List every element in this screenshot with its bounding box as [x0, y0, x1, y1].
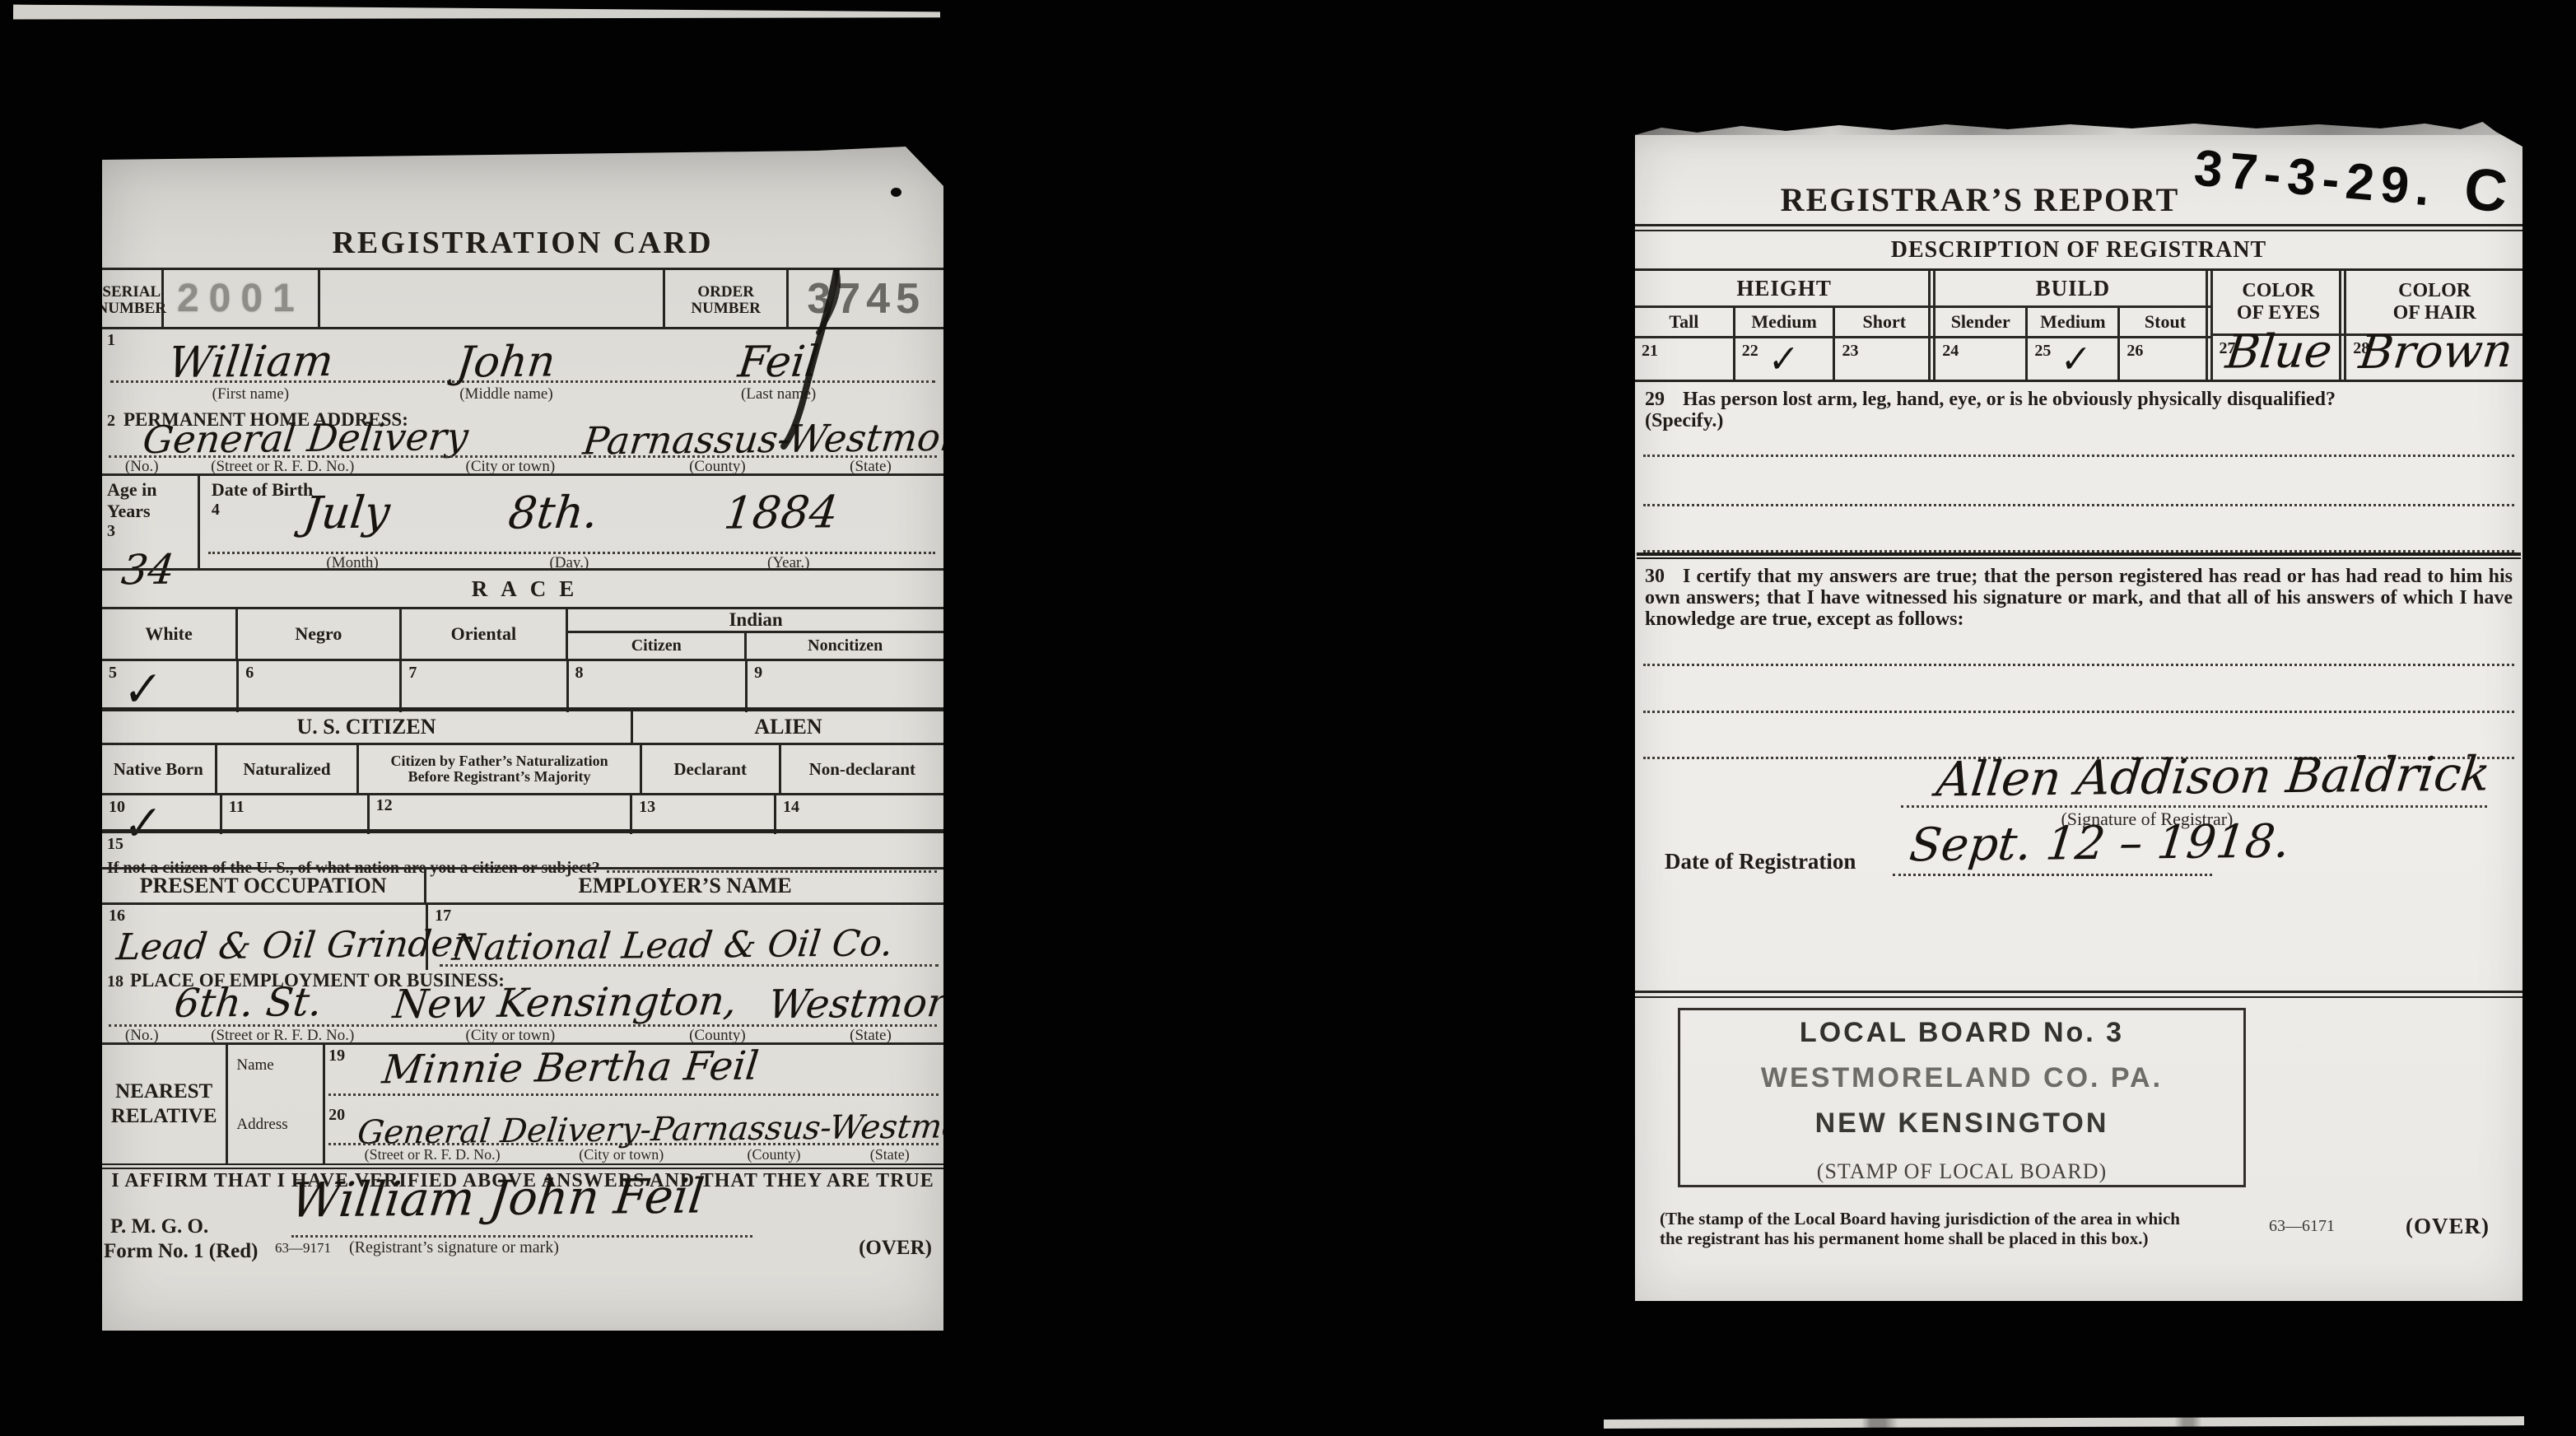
- age-label: Age in Years: [107, 479, 198, 522]
- hair-column: COLOR OF HAIR 28 Brown: [2344, 271, 2522, 380]
- eyes-column: COLOR OF EYES 27 Blue: [2210, 271, 2345, 380]
- build-header: BUILD: [1935, 271, 2210, 305]
- form-code: 63—6171: [2269, 1217, 2335, 1236]
- occupation-value: Lead & Oil Grinder: [114, 926, 472, 966]
- blank-area: [1635, 885, 2522, 991]
- report-title: REGISTRAR’S REPORT: [1781, 180, 2180, 219]
- build-slender-label: Slender: [1935, 308, 2028, 336]
- relative-name-label: Name: [228, 1045, 323, 1104]
- nearest-relative-block-label: NEAREST RELATIVE: [102, 1045, 228, 1163]
- check-mark-icon: ✓: [1767, 337, 1800, 383]
- occupation-values: 16 Lead & Oil Grinder 17 National Lead &…: [102, 902, 943, 970]
- question-number: 30: [1645, 566, 1665, 587]
- question-number: 29: [1645, 389, 1665, 410]
- registrant-signature-label: (Registrant’s signature or mark): [349, 1238, 559, 1257]
- local-board-note: (The stamp of the Local Board having jur…: [1660, 1209, 2187, 1248]
- serial-row-empty-box: [320, 270, 665, 327]
- height-header: HEIGHT: [1635, 271, 1933, 305]
- scanned-draft-registration-document: REGISTRATION CARD SERIAL NUMBER 2001 ORD…: [0, 0, 2576, 1436]
- citizen-col-declarant: Declarant: [642, 745, 781, 793]
- first-name-label: (First name): [110, 385, 391, 403]
- certification-text: I certify that my answers are true; that…: [1645, 566, 2513, 630]
- question-29: 29Has person lost arm, leg, hand, eye, o…: [1635, 380, 2522, 426]
- line-15-question: 15 If not a citizen of the U. S., of wha…: [102, 829, 943, 867]
- height-cell-23: 23: [1835, 338, 1933, 380]
- first-name-value: William: [166, 340, 335, 385]
- height-medium-label: Medium: [1735, 308, 1836, 336]
- line-number: 18: [107, 972, 123, 991]
- pen-stroke-icon: [777, 268, 876, 450]
- citizen-cell-11: 11: [222, 795, 370, 834]
- race-col-oriental: Oriental: [402, 609, 569, 659]
- height-group: HEIGHT Tall Medium Short 21 22✓ 23: [1635, 271, 1933, 380]
- race-cell-7: 7: [402, 661, 568, 712]
- age-dob-row: Age in Years 3 34 Date of Birth 4 July 8…: [102, 473, 943, 568]
- citizen-table: Native Born Naturalized Citizen by Fathe…: [102, 743, 943, 829]
- hair-color-value: Brown: [2357, 329, 2515, 376]
- local-board-box-area: LOCAL BOARD No. 3 WESTMORELAND CO. PA. N…: [1635, 1008, 2522, 1205]
- race-col-white: White: [102, 609, 238, 659]
- answer-ruled-line: [1643, 666, 2514, 713]
- relative-county-label: (County): [706, 1146, 841, 1163]
- build-stout-label: Stout: [2120, 308, 2210, 336]
- local-board-stamp-line1: LOCAL BOARD No. 3: [1800, 1017, 2124, 1049]
- dob-month-value: July: [301, 490, 392, 535]
- race-indian-label: Indian: [568, 609, 943, 631]
- signature-ruled-line: [291, 1235, 752, 1238]
- registration-card-front: REGISTRATION CARD SERIAL NUMBER 2001 ORD…: [102, 147, 943, 1331]
- race-header-text: RACE: [459, 576, 588, 602]
- citizen-col-father-naturalization: Citizen by Father’s Naturalization Befor…: [359, 745, 641, 793]
- occupation-cell-16: 16 Lead & Oil Grinder: [102, 905, 428, 970]
- relative-name-value: Minnie Bertha Feil: [380, 1047, 761, 1090]
- relative-name-row: 19 Minnie Bertha Feil: [325, 1045, 943, 1104]
- citizen-col-native-born: Native Born: [102, 745, 217, 793]
- over-label: (OVER): [859, 1237, 932, 1260]
- question-30: 30I certify that my answers are true; th…: [1635, 559, 2522, 627]
- age-cell: Age in Years 3 34: [102, 476, 200, 568]
- serial-number-label: SERIAL NUMBER: [102, 270, 164, 327]
- over-label: (OVER): [2406, 1214, 2490, 1239]
- signature-section: P. M. G. O. Form No. 1 (Red) 63—9171 Wil…: [102, 1192, 943, 1335]
- double-rule: [1635, 224, 2522, 231]
- employer-ruled-line: [440, 964, 939, 967]
- serial-number-value: 2001: [164, 270, 321, 327]
- local-board-stamp-line2: WESTMORELAND CO. PA.: [1761, 1062, 2163, 1094]
- relative-address-label: Address: [228, 1104, 323, 1163]
- employment-county-state-value: Westmoreland-Pa.: [766, 981, 1133, 1025]
- stamp-letter: C: [2462, 156, 2510, 225]
- height-cell-22: 22✓: [1735, 338, 1836, 380]
- answer-ruled-line: [1643, 627, 2514, 666]
- check-mark-icon: ✓: [2060, 337, 2093, 383]
- dob-day-value: 8th.: [506, 490, 600, 535]
- eye-color-value: Blue: [2223, 329, 2334, 375]
- order-number-label: ORDER NUMBER: [665, 270, 789, 327]
- local-board-stamp-line3: NEW KENSINGTON: [1815, 1107, 2109, 1140]
- relative-address-row: 20 General Delivery-Parnassus-Westmorela…: [325, 1104, 943, 1163]
- employer-cell-17: 17 National Lead & Oil Co.: [428, 905, 943, 970]
- relative-street-label: (Street or R. F. D. No.): [328, 1146, 536, 1163]
- dob-cell: Date of Birth 4 July 8th. 1884 (Month) (…: [200, 476, 943, 568]
- line-number: 1: [107, 331, 115, 350]
- race-cell-8: 8: [569, 661, 748, 712]
- answer-ruled-line: [1643, 426, 2514, 457]
- back-footer: (The stamp of the Local Board having jur…: [1635, 1205, 2522, 1245]
- race-indian-noncitizen-label: Noncitizen: [747, 633, 943, 659]
- race-col-indian-group: Indian Citizen Noncitizen: [568, 609, 943, 659]
- race-indian-citizen-label: Citizen: [568, 633, 747, 659]
- date-of-registration-row: Date of Registration Sept. 12 – 1918.: [1635, 831, 2522, 885]
- scan-edge-strip-top: [13, 5, 940, 24]
- citizen-alien-header: U. S. CITIZEN ALIEN: [102, 707, 943, 743]
- employer-value: National Lead & Oil Co.: [450, 925, 895, 967]
- present-occupation-header: PRESENT OCCUPATION: [102, 870, 426, 902]
- middle-name-label: (Middle name): [391, 385, 622, 403]
- build-medium-label: Medium: [2028, 308, 2120, 336]
- registrar-signature-ruled-line: [1901, 805, 2487, 808]
- registration-date-value: Sept. 12 – 1918.: [1908, 819, 2292, 870]
- us-citizen-header: U. S. CITIZEN: [102, 711, 633, 743]
- occupation-headers: PRESENT OCCUPATION EMPLOYER’S NAME: [102, 867, 943, 902]
- line-number: 15: [107, 835, 937, 854]
- date-of-registration-label: Date of Registration: [1665, 849, 1856, 874]
- citizen-col-non-declarant: Non-declarant: [781, 745, 943, 793]
- build-cell-24: 24: [1935, 338, 2028, 380]
- middle-name-value: John: [454, 340, 557, 384]
- build-cell-25: 25✓: [2028, 338, 2120, 380]
- form-number-label: Form No. 1 (Red): [104, 1240, 258, 1263]
- registrars-report-back: 37-3-29.C REGISTRAR’S REPORT DESCRIPTION…: [1635, 122, 2522, 1301]
- heavy-rule: [1637, 552, 2521, 559]
- race-col-negro: Negro: [238, 609, 402, 659]
- employment-street-value: 6th. St.: [173, 982, 324, 1023]
- citizen-cell-14: 14: [776, 795, 943, 834]
- height-cell-21: 21: [1635, 338, 1735, 380]
- relative-address-ruled-line: [328, 1143, 939, 1145]
- pmgo-label: P. M. G. O.: [110, 1215, 208, 1238]
- registrar-signature-value: Allen Addison Baldrick: [1934, 749, 2492, 803]
- race-cell-9: 9: [748, 661, 943, 712]
- address-street-value: General Delivery: [141, 417, 470, 459]
- hair-cell-28: 28 Brown: [2346, 333, 2522, 380]
- description-table: HEIGHT Tall Medium Short 21 22✓ 23 BUILD…: [1635, 271, 2522, 380]
- race-table: White Negro Oriental Indian Citizen Nonc…: [102, 607, 943, 707]
- height-tall-label: Tall: [1635, 308, 1735, 336]
- alien-header: ALIEN: [633, 711, 943, 743]
- answer-ruled-line: [1643, 457, 2514, 506]
- double-rule: [1635, 991, 2522, 998]
- form-code: 63—9171: [275, 1240, 331, 1256]
- question-29-text: Has person lost arm, leg, hand, eye, or …: [1683, 389, 2336, 410]
- relative-city-label: (City or town): [536, 1146, 706, 1163]
- front-title-block: REGISTRATION CARD: [102, 147, 943, 268]
- card-title: REGISTRATION CARD: [332, 225, 713, 261]
- build-group: BUILD Slender Medium Stout 24 25✓ 26: [1933, 271, 2210, 380]
- date-ruled-line: [1893, 874, 2212, 876]
- race-cell-6: 6: [239, 661, 402, 712]
- citizen-cell-13: 13: [632, 795, 776, 834]
- registrant-signature-value: William John Feil: [288, 1172, 706, 1224]
- color-of-eyes-header: COLOR OF EYES: [2213, 271, 2345, 333]
- citizen-col-naturalized: Naturalized: [217, 745, 360, 793]
- answer-ruled-line: [1643, 506, 2514, 552]
- description-header: DESCRIPTION OF REGISTRANT: [1635, 231, 2522, 271]
- dob-year-value: 1884: [721, 490, 840, 535]
- scan-edge-strip-bottom: [1604, 1416, 2524, 1429]
- line-number: 3: [107, 522, 198, 541]
- eyes-cell-27: 27 Blue: [2213, 333, 2345, 380]
- race-section-header: RACE: [102, 568, 943, 607]
- relative-field-labels: Name Address: [228, 1045, 325, 1163]
- employers-name-header: EMPLOYER’S NAME: [426, 870, 943, 902]
- employment-city-value: New Kensington,: [392, 981, 740, 1024]
- nearest-relative-section: NEAREST RELATIVE Name Address 19 Minnie …: [102, 1042, 943, 1163]
- local-board-stamp-box: LOCAL BOARD No. 3 WESTMORELAND CO. PA. N…: [1678, 1008, 2246, 1187]
- height-short-label: Short: [1835, 308, 1933, 336]
- build-cell-26: 26: [2120, 338, 2210, 380]
- relative-name-ruled-line: [328, 1093, 939, 1096]
- stamp-of-local-board-label: (STAMP OF LOCAL BOARD): [1817, 1159, 2107, 1184]
- place-of-employment-row: 18PLACE OF EMPLOYMENT OR BUSINESS: 6th. …: [102, 970, 943, 1042]
- citizen-cell-10: 10✓: [102, 795, 222, 834]
- citizen-cell-12: 12: [370, 795, 632, 834]
- race-cell-5: 5✓: [102, 661, 239, 712]
- relative-state-label: (State): [841, 1146, 939, 1163]
